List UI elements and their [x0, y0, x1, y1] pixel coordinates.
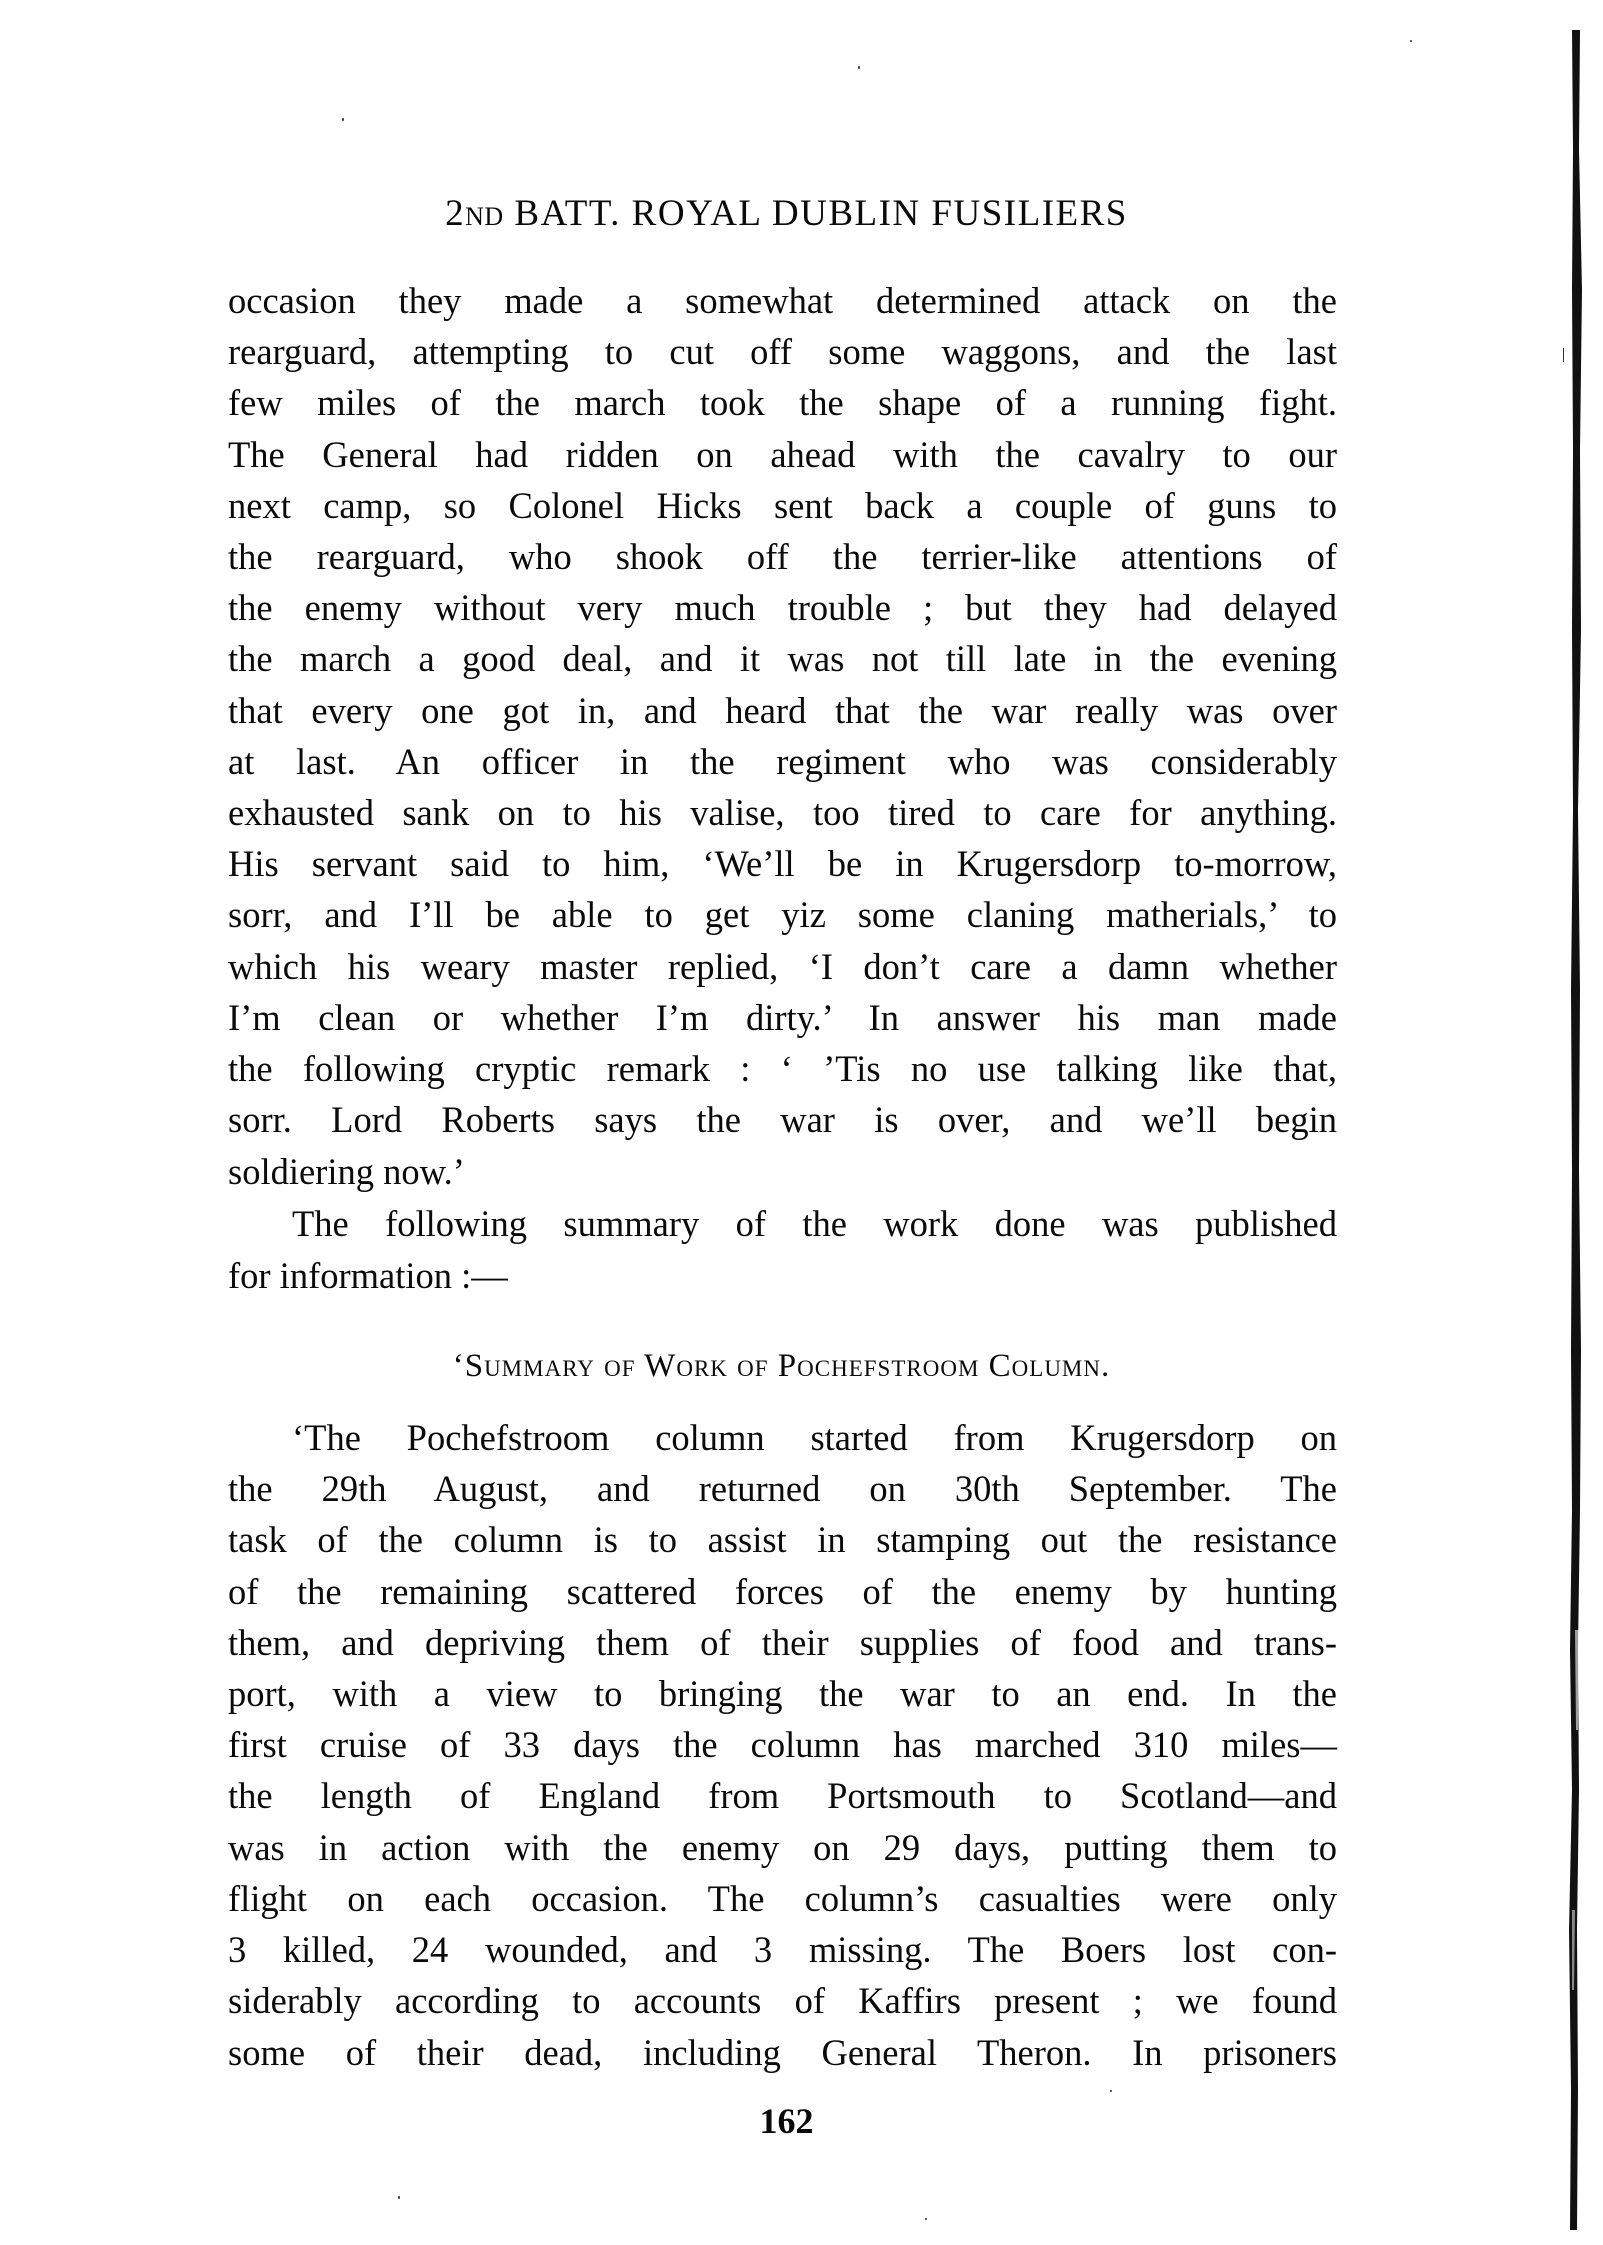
text-line: soldiering now.’ [228, 1146, 1337, 1198]
text-line: which his weary master replied, ‘I don’t… [228, 941, 1337, 993]
text-line: the following cryptic remark : ‘ ’Tis no… [228, 1043, 1337, 1095]
text-line: occasion they made a somewhat determined… [228, 275, 1337, 327]
text-line: the 29th August, and returned on 30th Se… [228, 1463, 1337, 1515]
text-line: His servant said to him, ‘We’ll be in Kr… [228, 838, 1337, 890]
text-line: rearguard, attempting to cut off some wa… [228, 326, 1337, 378]
scan-speck [858, 66, 860, 69]
text-line: some of their dead, including General Th… [228, 2027, 1337, 2079]
text-line: next camp, so Colonel Hicks sent back a … [228, 480, 1337, 532]
scan-speck [398, 2196, 400, 2199]
section-heading: ‘Summary of Work of Pochefstroom Column. [0, 1340, 1603, 1392]
text-line: task of the column is to assist in stamp… [228, 1514, 1337, 1566]
text-line: the march a good deal, and it was not ti… [228, 633, 1337, 685]
text-line: The following summary of the work done w… [228, 1198, 1337, 1250]
text-line: flight on each occasion. The column’s ca… [228, 1873, 1337, 1925]
text-line: 3 killed, 24 wounded, and 3 missing. The… [228, 1924, 1337, 1976]
text-line: siderably according to accounts of Kaffi… [228, 1975, 1337, 2027]
text-line: ‘The Pochefstroom column started from Kr… [228, 1412, 1337, 1464]
page-number: 162 [0, 2095, 1603, 2147]
text-line: for information :— [228, 1250, 1337, 1302]
text-line: that every one got in, and heard that th… [228, 685, 1337, 737]
text-line: at last. An officer in the regiment who … [228, 736, 1337, 788]
text-line: the enemy without very much trouble ; bu… [228, 582, 1337, 634]
text-line: few miles of the march took the shape of… [228, 377, 1337, 429]
scan-speck [925, 2218, 927, 2220]
text-line: port, with a view to bringing the war to… [228, 1668, 1337, 1720]
scan-speck [1110, 2090, 1112, 2092]
binding-edge-shadow [1566, 30, 1588, 2230]
text-line: I’m clean or whether I’m dirty.’ In answ… [228, 992, 1337, 1044]
text-line: was in action with the enemy on 29 days,… [228, 1822, 1337, 1874]
text-line: of the remaining scattered forces of the… [228, 1566, 1337, 1618]
ordinal-suffix: ND [465, 202, 504, 231]
text-line: sorr, and I’ll be able to get yiz some c… [228, 889, 1337, 941]
text-line: them, and depriving them of their suppli… [228, 1617, 1337, 1669]
text-line: first cruise of 33 days the column has m… [228, 1719, 1337, 1771]
text-line: exhausted sank on to his valise, too tir… [228, 787, 1337, 839]
scan-speck [342, 118, 344, 121]
text-line: The General had ridden on ahead with the… [228, 429, 1337, 481]
running-head-title: BATT. ROYAL DUBLIN FUSILIERS [514, 193, 1127, 234]
running-head-ordinal: 2ND [445, 193, 504, 234]
text-line: the rearguard, who shook off the terrier… [228, 531, 1337, 583]
scan-speck [1410, 40, 1412, 42]
book-page: 2ND BATT. ROYAL DUBLIN FUSILIERS occasio… [0, 0, 1603, 2245]
running-head: 2ND BATT. ROYAL DUBLIN FUSILIERS [0, 188, 1603, 243]
scan-speck [1563, 348, 1564, 362]
text-line: sorr. Lord Roberts says the war is over,… [228, 1094, 1337, 1146]
text-line: the length of England from Portsmouth to… [228, 1770, 1337, 1822]
